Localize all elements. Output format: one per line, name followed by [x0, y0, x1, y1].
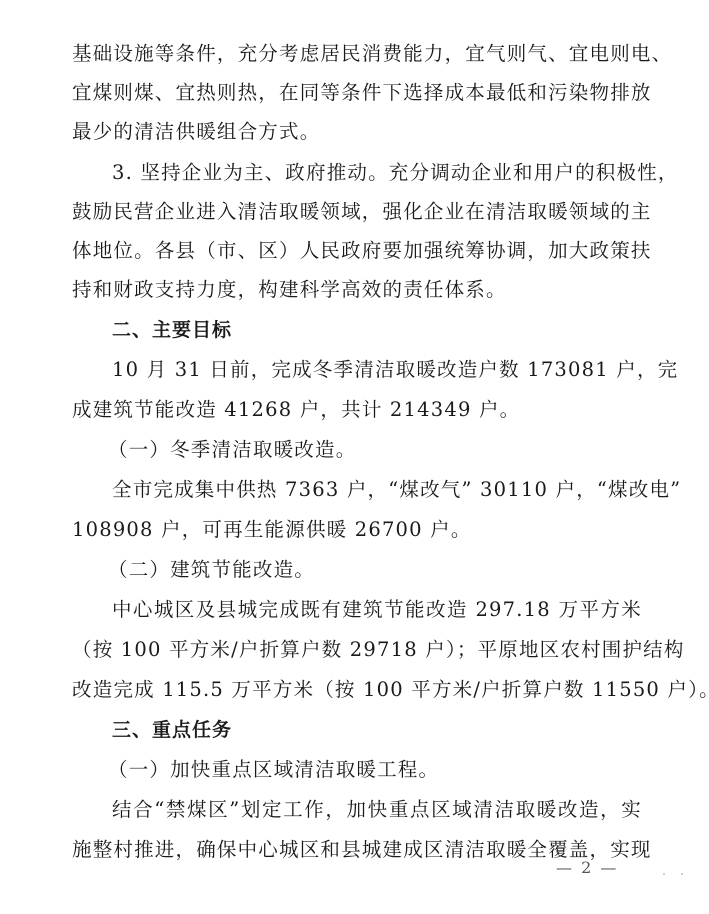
scan-speck — [681, 873, 683, 875]
subheading-winter-clean-heating: （一）冬季清洁取暖改造。 — [108, 437, 678, 463]
scan-speck — [663, 873, 665, 875]
principle-3-line: 3. 坚持企业为主、政府推动。充分调动企业和用户的积极性， — [112, 160, 642, 186]
goals-intro-line: 成建筑节能改造 41268 户，共计 214349 户。 — [72, 397, 642, 423]
subheading-building-energy-saving: （二）建筑节能改造。 — [108, 557, 678, 583]
principle-3-line: 体地位。各县（市、区）人民政府要加强统筹协调，加大政策扶 — [72, 238, 642, 264]
principle-3-line: 鼓励民营企业进入清洁取暖领域，强化企业在清洁取暖领域的主 — [72, 199, 642, 225]
building-energy-line: 改造完成 115.5 万平方米（按 100 平方米/户折算户数 11550 户）… — [72, 677, 642, 703]
winter-heating-line: 全市完成集中供热 7363 户，“煤改气” 30110 户，“煤改电” — [112, 477, 642, 503]
body-text-line: 最少的清洁供暖组合方式。 — [72, 119, 642, 145]
principle-3-line: 持和财政支持力度，构建科学高效的责任体系。 — [72, 277, 642, 303]
building-energy-line: 中心城区及县城完成既有建筑节能改造 297.18 万平方米 — [112, 597, 642, 623]
building-energy-line: （按 100 平方米/户折算户数 29718 户）；平原地区农村围护结构 — [72, 637, 642, 663]
document-page: 基础设施等条件，充分考虑居民消费能力，宜气则气、宜电则电、 宜煤则煤、宜热则热，… — [0, 0, 709, 914]
page-number: — 2 — — [556, 858, 618, 878]
body-text-line: 基础设施等条件，充分考虑居民消费能力，宜气则气、宜电则电、 — [72, 41, 642, 67]
section-heading-key-tasks: 三、重点任务 — [112, 717, 642, 743]
winter-heating-line: 108908 户，可再生能源供暖 26700 户。 — [72, 517, 642, 543]
section-heading-main-goals: 二、主要目标 — [112, 317, 642, 343]
body-text-line: 宜煤则煤、宜热则热，在同等条件下选择成本最低和污染物排放 — [72, 80, 642, 106]
goals-intro-line: 10 月 31 日前，完成冬季清洁取暖改造户数 173081 户，完 — [112, 357, 642, 383]
key-area-line: 结合“禁煤区”划定工作，加快重点区域清洁取暖改造，实 — [112, 797, 642, 823]
subheading-key-area-clean-heating: （一）加快重点区域清洁取暖工程。 — [108, 757, 678, 783]
